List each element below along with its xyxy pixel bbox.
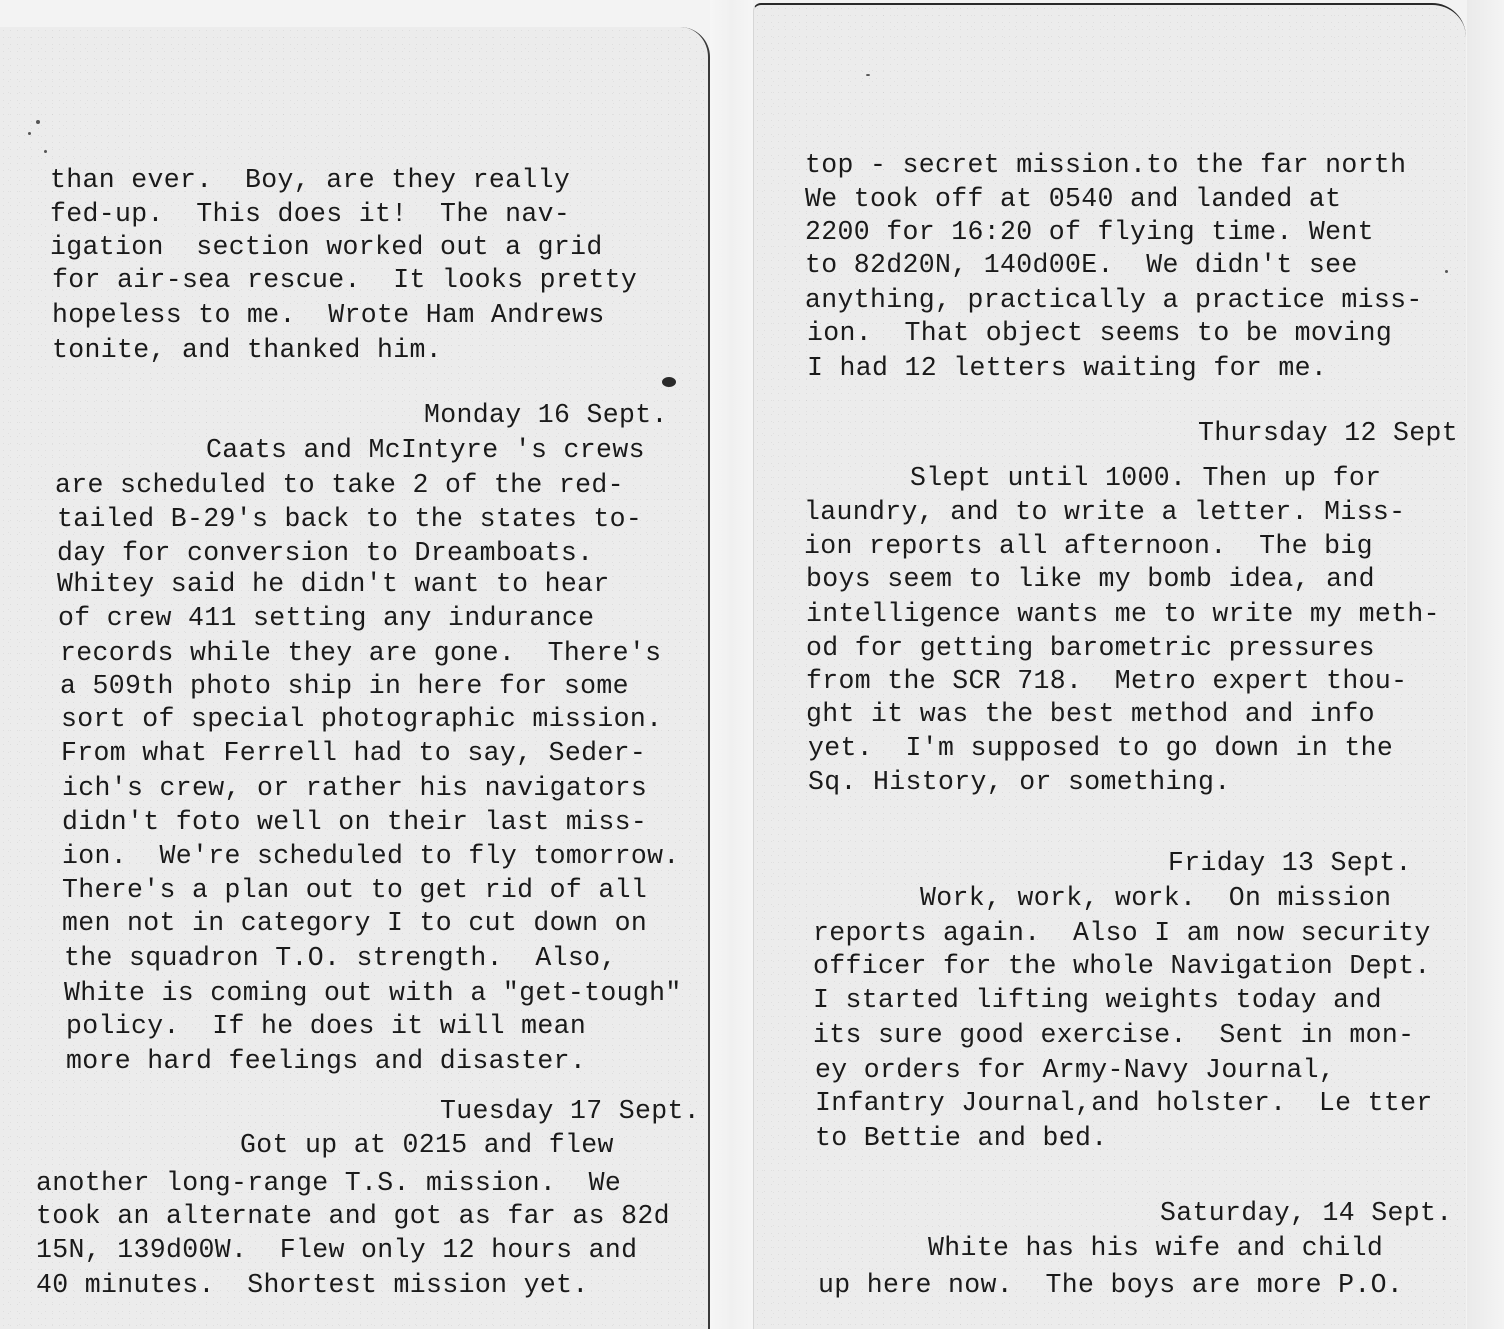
ink-speck xyxy=(1445,270,1448,273)
text-line: Whitey said he didn't want to hear xyxy=(57,571,610,598)
entry-date: Monday 16 Sept. xyxy=(424,402,668,429)
ink-speck xyxy=(28,132,31,135)
text-line: its sure good exercise. Sent in mon- xyxy=(813,1022,1414,1049)
text-line: laundry, and to write a letter. Miss- xyxy=(804,499,1405,526)
text-line: boys seem to like my bomb idea, and xyxy=(806,566,1375,593)
text-line: to 82d20N, 140d00E. We didn't see xyxy=(805,252,1358,279)
text-line: more hard feelings and disaster. xyxy=(66,1048,586,1075)
text-line: anything, practically a practice miss- xyxy=(805,287,1423,314)
text-line: ich's crew, or rather his navigators xyxy=(62,775,647,802)
entry-date: Saturday, 14 Sept. xyxy=(1160,1200,1453,1227)
text-line: Work, work, work. On mission xyxy=(920,885,1391,912)
text-line: a 509th photo ship in here for some xyxy=(60,673,629,700)
text-line: are scheduled to take 2 of the red- xyxy=(55,472,624,499)
text-line: From what Ferrell had to say, Seder- xyxy=(61,740,646,767)
text-line: igation section worked out a grid xyxy=(50,234,603,261)
text-line: Got up at 0215 and flew xyxy=(240,1132,614,1159)
text-line: Infantry Journal,and holster. Le tter xyxy=(815,1090,1433,1117)
entry-date: Tuesday 17 Sept. xyxy=(440,1098,700,1125)
text-line: policy. If he does it will mean xyxy=(66,1013,586,1040)
text-line: to Bettie and bed. xyxy=(815,1125,1108,1152)
text-line: took an alternate and got as far as 82d xyxy=(36,1203,670,1230)
text-line: records while they are gone. There's xyxy=(60,640,661,667)
text-line: sort of special photographic mission. xyxy=(61,706,662,733)
text-line: hopeless to me. Wrote Ham Andrews xyxy=(52,302,605,329)
text-line: Slept until 1000. Then up for xyxy=(910,465,1381,492)
ink-blot xyxy=(662,377,676,387)
text-line: from the SCR 718. Metro expert thou- xyxy=(806,668,1407,695)
entry-date: Friday 13 Sept. xyxy=(1168,850,1412,877)
scan-edge xyxy=(1467,0,1504,1329)
text-line: od for getting barometric pressures xyxy=(806,635,1375,662)
page-gutter xyxy=(710,0,753,1329)
text-line: intelligence wants me to write my meth- xyxy=(806,601,1440,628)
text-line: tonite, and thanked him. xyxy=(52,337,442,364)
text-line: I had 12 letters waiting for me. xyxy=(807,355,1327,382)
text-line: 40 minutes. Shortest mission yet. xyxy=(36,1272,589,1299)
text-line: yet. I'm supposed to go down in the xyxy=(808,735,1393,762)
text-line: ion. That object seems to be moving xyxy=(807,320,1392,347)
ink-speck xyxy=(36,120,40,124)
text-line: than ever. Boy, are they really xyxy=(50,167,570,194)
text-line: for air-sea rescue. It looks pretty xyxy=(52,267,637,294)
text-line: Sq. History, or something. xyxy=(808,769,1231,796)
text-line: officer for the whole Navigation Dept. xyxy=(813,953,1431,980)
text-line: 2200 for 16:20 of flying time. Went xyxy=(805,219,1374,246)
ink-speck xyxy=(866,74,870,76)
text-line: I started lifting weights today and xyxy=(813,987,1382,1014)
text-line: men not in category I to cut down on xyxy=(62,910,647,937)
ink-speck xyxy=(44,150,47,153)
text-line: ght it was the best method and info xyxy=(806,701,1375,728)
text-line: fed-up. This does it! The nav- xyxy=(50,201,570,228)
text-line: ey orders for Army-Navy Journal, xyxy=(815,1057,1335,1084)
text-line: of crew 411 setting any indurance xyxy=(58,605,594,632)
text-line: Caats and McIntyre 's crews xyxy=(206,437,645,464)
text-line: top - secret mission.to the far north xyxy=(805,152,1406,179)
entry-date: Thursday 12 Sept xyxy=(1198,420,1458,447)
text-line: We took off at 0540 and landed at xyxy=(805,186,1341,213)
text-line: White has his wife and child xyxy=(928,1235,1383,1262)
text-line: up here now. The boys are more P.O. xyxy=(818,1272,1403,1299)
text-line: another long-range T.S. mission. We xyxy=(36,1170,621,1197)
text-line: the squadron T.O. strength. Also, xyxy=(64,945,617,972)
text-line: didn't foto well on their last miss- xyxy=(62,809,647,836)
text-line: ion. We're scheduled to fly tomorrow. xyxy=(62,843,680,870)
text-line: reports again. Also I am now security xyxy=(813,920,1431,947)
text-line: There's a plan out to get rid of all xyxy=(62,877,647,904)
text-line: day for conversion to Dreamboats. xyxy=(57,540,593,567)
text-line: ion reports all afternoon. The big xyxy=(804,533,1373,560)
text-line: tailed B-29's back to the states to- xyxy=(57,506,642,533)
text-line: White is coming out with a "get-tough" xyxy=(64,980,682,1007)
text-line: 15N, 139d00W. Flew only 12 hours and xyxy=(36,1237,637,1264)
